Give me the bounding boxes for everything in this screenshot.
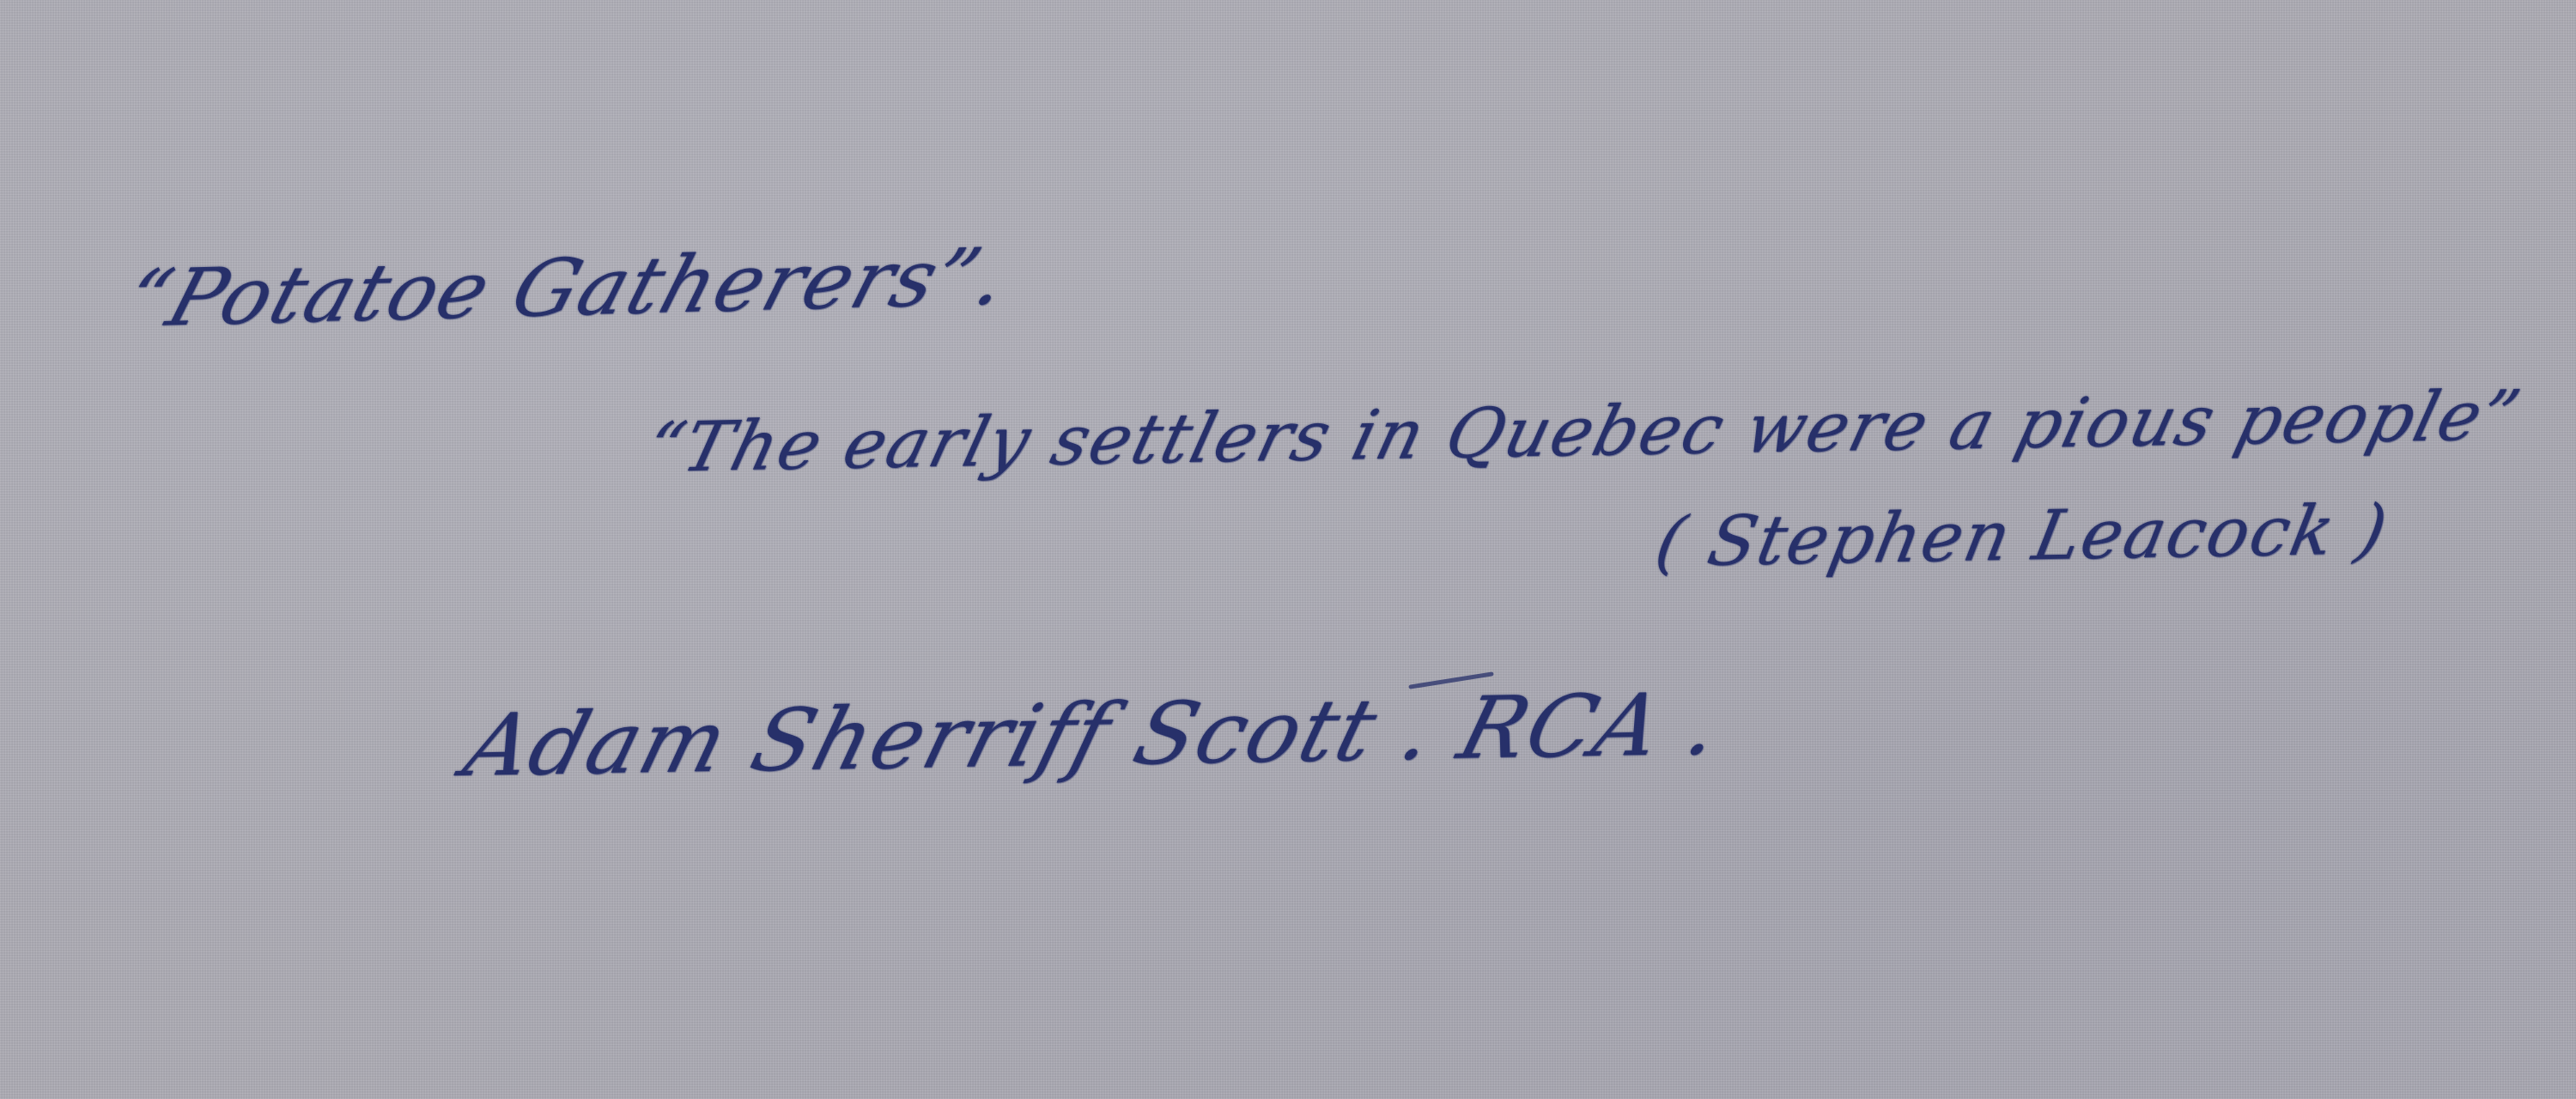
handwritten-title: “Potatoe Gatherers”. — [115, 230, 1020, 344]
handwritten-attribution: ( Stephen Leacock ) — [1649, 489, 2395, 582]
linen-canvas-background: “Potatoe Gatherers”. “The early settlers… — [0, 0, 2576, 1099]
artist-signature: Adam Sherriff Scott . RCA . — [454, 674, 1733, 796]
handwritten-quote: “The early settlers in Quebec were a pio… — [638, 375, 2529, 488]
